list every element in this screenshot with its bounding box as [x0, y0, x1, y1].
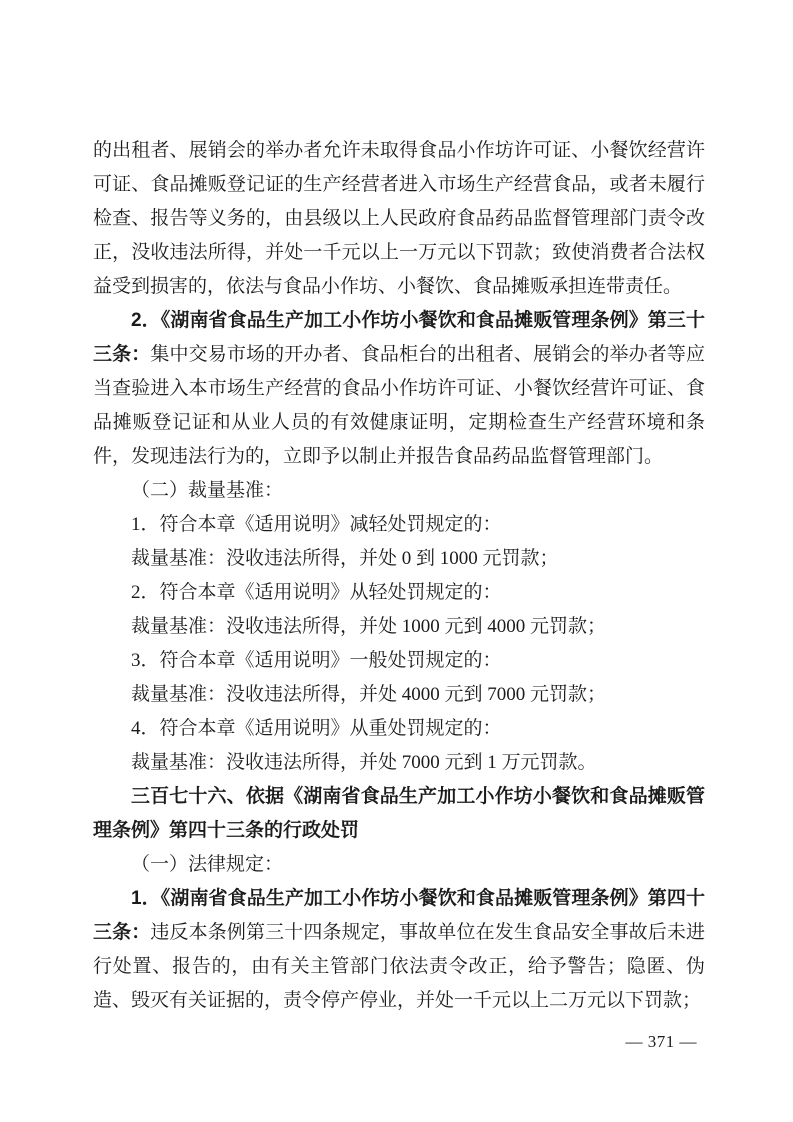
law-article-43-paragraph: 1．《湖南省食品生产加工小作坊小餐饮和食品摊贩管理条例》第四十三条：违反本条例第… — [93, 882, 705, 1018]
section-376-heading: 三百七十六、依据《湖南省食品生产加工小作坊小餐饮和食品摊贩管理条例》第四十三条的… — [93, 780, 705, 848]
page-number: — 371 — — [626, 1030, 698, 1054]
document-body: 的出租者、展销会的举办者允许未取得食品小作坊许可证、小餐饮经营许可证、食品摊贩登… — [93, 134, 705, 1018]
law-article-43-text: 违反本条例第三十四条规定，事故单位在发生食品安全事故后未进行处置、报告的，由有关… — [93, 922, 705, 1011]
law-article-33-paragraph: 2．《湖南省食品生产加工小作坊小餐饮和食品摊贩管理条例》第三十三条：集中交易市场… — [93, 304, 705, 474]
discretion-basis-4: 裁量基准：没收违法所得，并处 7000 元到 1 万元罚款。 — [93, 746, 705, 780]
discretion-basis-1: 裁量基准：没收违法所得，并处 0 到 1000 元罚款； — [93, 542, 705, 576]
legal-provision-heading: （一）法律规定： — [93, 848, 705, 882]
discretion-item-3: 3．符合本章《适用说明》一般处罚规定的： — [93, 644, 705, 678]
discretion-basis-3: 裁量基准：没收违法所得，并处 4000 元到 7000 元罚款； — [93, 678, 705, 712]
document-page: 的出租者、展销会的举办者允许未取得食品小作坊许可证、小餐饮经营许可证、食品摊贩登… — [0, 0, 793, 1122]
law-article-33-text: 集中交易市场的开办者、食品柜台的出租者、展销会的举办者等应当查验进入本市场生产经… — [93, 344, 705, 467]
discretion-basis-heading: （二）裁量基准： — [93, 474, 705, 508]
discretion-basis-2: 裁量基准：没收违法所得，并处 1000 元到 4000 元罚款； — [93, 610, 705, 644]
discretion-item-4: 4．符合本章《适用说明》从重处罚规定的： — [93, 712, 705, 746]
continuation-paragraph: 的出租者、展销会的举办者允许未取得食品小作坊许可证、小餐饮经营许可证、食品摊贩登… — [93, 134, 705, 304]
discretion-item-1: 1．符合本章《适用说明》减轻处罚规定的： — [93, 508, 705, 542]
discretion-item-2: 2．符合本章《适用说明》从轻处罚规定的： — [93, 576, 705, 610]
